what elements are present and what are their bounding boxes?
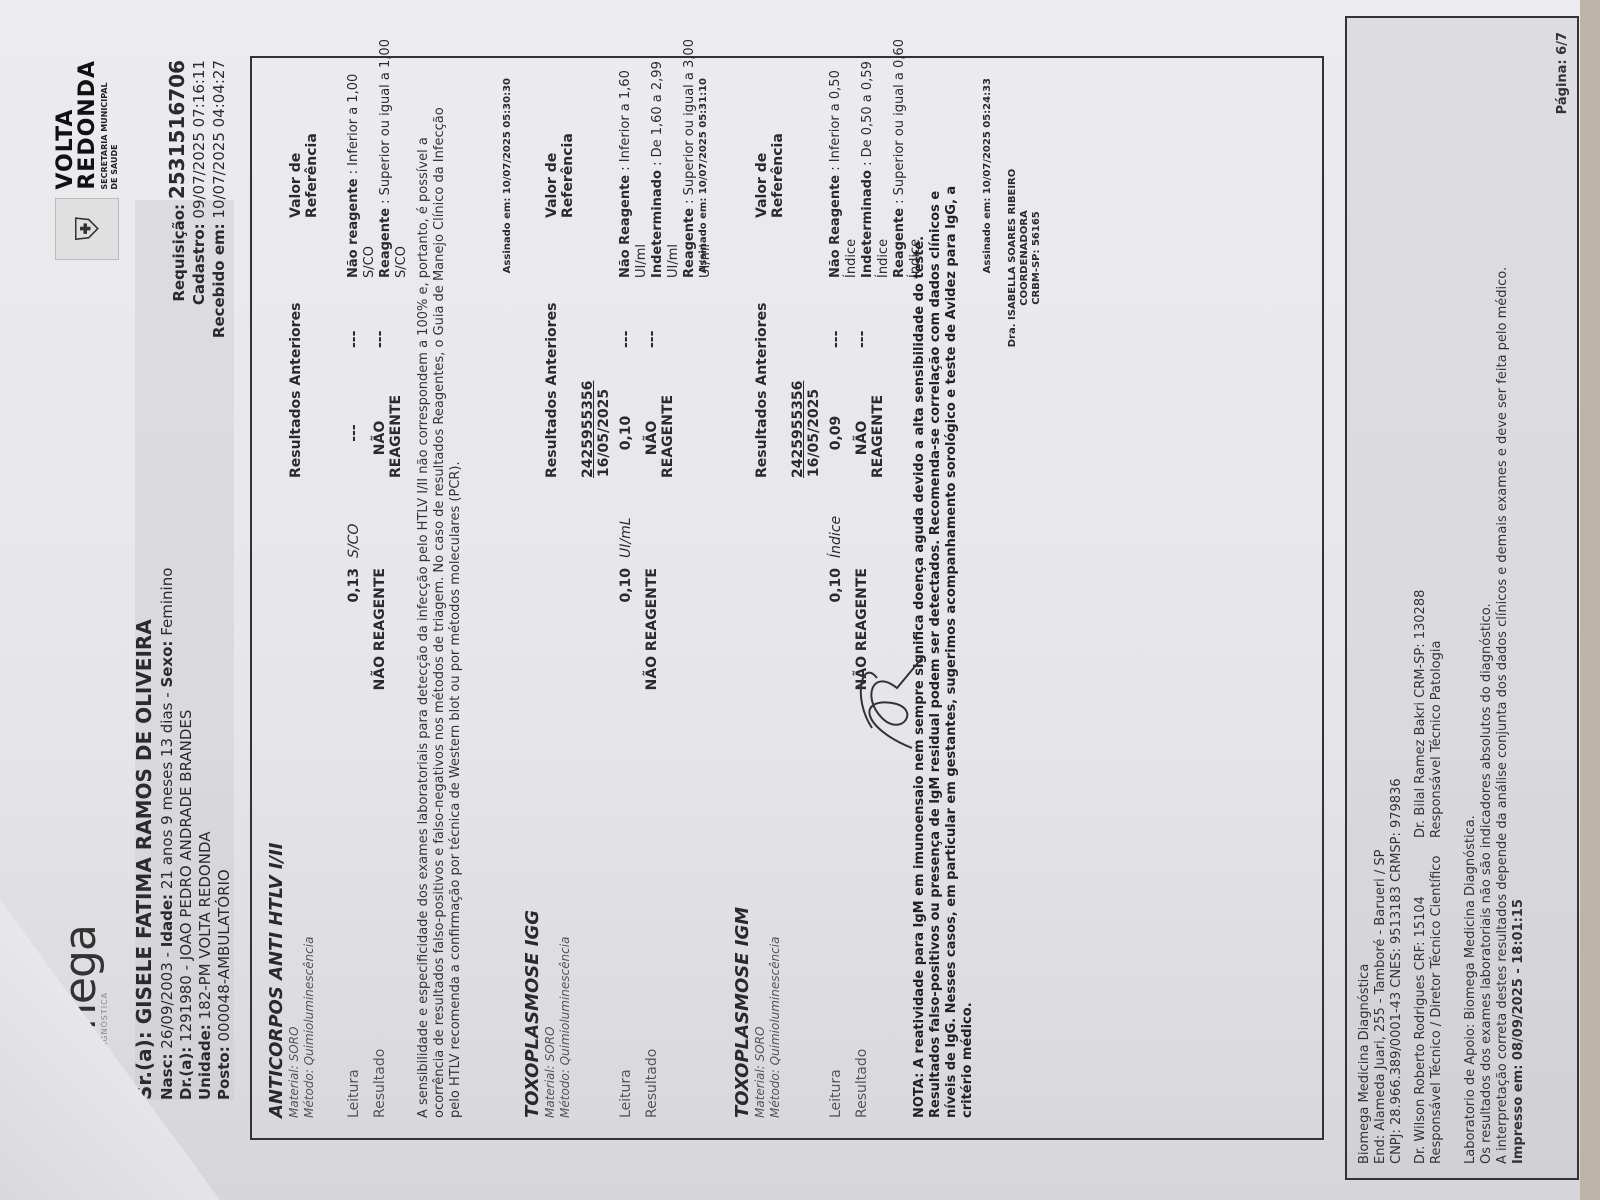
signed-timestamp: Assinado em: 10/07/2025 05:30:30 — [502, 78, 513, 273]
city-crest-icon: ⛨ — [55, 198, 119, 260]
exam-material: Material: SORO — [287, 78, 302, 1118]
report-header: biomega MEDICINA DIAGNÓSTICA ⛨ VOLTA RED… — [55, 60, 255, 1140]
exam-toxo-igm: TOXOPLASMOSE IGM Material: SORO Método: … — [732, 78, 1292, 1118]
printed-timestamp: Impresso em: 08/09/2025 - 18:01:15 — [1511, 267, 1527, 1164]
company-info: Biomega Medicina Diagnóstica End: Alamed… — [1357, 778, 1405, 1164]
col-previous-results: Resultados Anteriores — [288, 303, 304, 478]
partner-name-1: VOLTA — [55, 60, 77, 190]
exam-method: Método: Quimioluminescência — [302, 78, 317, 1118]
handwritten-signature-icon — [852, 638, 932, 758]
registration-date: Cadastro: 09/07/2025 07:16:11 — [189, 60, 209, 338]
lab-report-page: biomega MEDICINA DIAGNÓSTICA ⛨ VOLTA RED… — [0, 0, 1580, 1200]
page-number: Página: 6/7 — [1555, 32, 1571, 114]
reading-value: 0,13 — [346, 568, 362, 688]
disclaimers: Laboratorio de Apoio: Biomega Medicina D… — [1463, 267, 1527, 1164]
report-footer: Biomega Medicina Diagnóstica End: Alamed… — [1345, 16, 1579, 1180]
exam-title: TOXOPLASMOSE IGM — [732, 78, 753, 1118]
received-date: Recebido em: 10/07/2025 04:04:27 — [209, 60, 229, 338]
previous-request-link[interactable]: 2425955356 — [790, 388, 806, 478]
exam-htlv: ANTICORPOS ANTI HTLV I/II Material: SORO… — [266, 78, 516, 1118]
exam-toxo-igg: TOXOPLASMOSE IGG Material: SORO Método: … — [522, 78, 712, 1118]
exam-title: TOXOPLASMOSE IGG — [522, 78, 543, 1118]
partner-sub-1: SECRETARIA MUNICIPAL — [101, 60, 109, 190]
htlv-note: A sensibilidade e especificidade dos exa… — [416, 78, 464, 1118]
responsible-1: Dr. Wilson Roberto Rodrigues CRF: 15104 … — [1413, 856, 1445, 1164]
request-info: Requisição: 2531516706 Cadastro: 09/07/2… — [167, 60, 229, 338]
col-reference: Valor de Referência — [288, 78, 320, 218]
volta-redonda-logo: ⛨ VOLTA REDONDA SECRETARIA MUNICIPAL DE … — [55, 60, 119, 260]
request-number: Requisição: 2531516706 — [167, 60, 189, 338]
rotated-page-stage: biomega MEDICINA DIAGNÓSTICA ⛨ VOLTA RED… — [0, 0, 1600, 1200]
responsible-2: Dr. Bilal Ramez Bakri CRM-SP: 130288 Res… — [1413, 590, 1445, 838]
patient-name: Sr.(a): GISELE FATIMA RAMOS DE OLIVEIRA — [135, 200, 154, 1100]
partner-sub-2: DE SAUDE — [111, 60, 119, 190]
exam-title: ANTICORPOS ANTI HTLV I/II — [266, 78, 287, 1118]
reference-values: Não Reagente : Inferior a 0,50 Índice In… — [828, 38, 924, 278]
results-box: ANTICORPOS ANTI HTLV I/II Material: SORO… — [250, 56, 1324, 1140]
reading-unit: S/CO — [346, 524, 362, 558]
partner-name-2: REDONDA — [77, 60, 99, 190]
previous-request-link[interactable]: 2425955356 — [580, 388, 596, 478]
reference-values: Não reagente : Inferior a 1,00 S/CO Reag… — [346, 38, 410, 278]
signatory-block: Dra. ISABELLA SOARES RIBEIRO COORDENADOR… — [1007, 118, 1043, 398]
result-value: NÃO REAGENTE — [372, 568, 388, 778]
